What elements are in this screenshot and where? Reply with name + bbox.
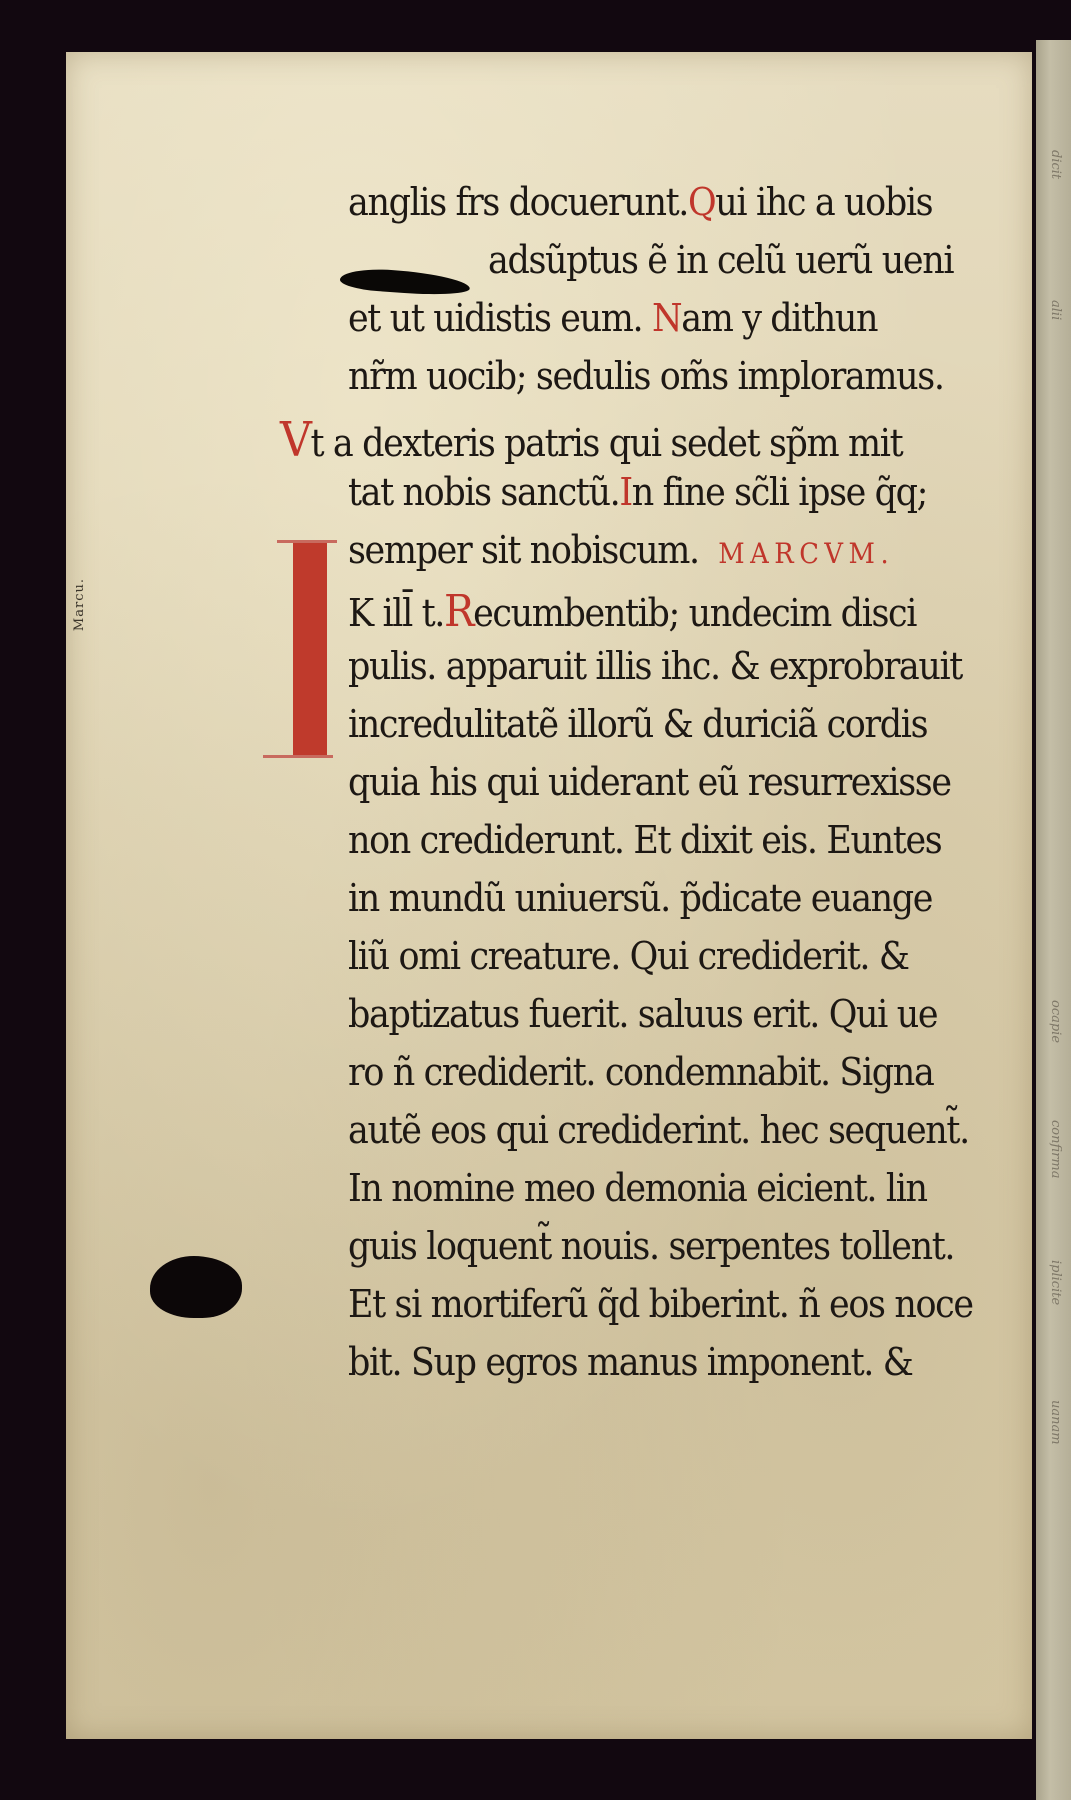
text-line: nr̃m uocib; sedulis om̃s imploramus. (348, 354, 944, 398)
text-line: semper sit nobiscum. MARCVM. (348, 528, 894, 572)
text-line: guis loquent̃ nouis. serpentes tollent. (348, 1224, 954, 1268)
text-line: autẽ eos qui crediderint. hec sequent̃. (348, 1108, 969, 1152)
margin-note: Marcu. (72, 578, 87, 631)
text-line: ro ñ crediderit. condemnabit. Signa (348, 1050, 933, 1094)
text-line: K ill̄ t.Recumbentib; undecim disci (348, 586, 916, 637)
text-line: tat nobis sanctũ.In fine sc̃li ipse q̃q… (348, 470, 927, 514)
text-line: Vt a dexteris patris qui sedet sp̃m mit (280, 412, 902, 468)
edge-text-fragment: alii (1040, 300, 1070, 320)
rubric-initial: Q (688, 180, 715, 224)
rubric-initial: V (280, 412, 311, 468)
text-line: incredulitatẽ illorũ & duriciã cordis (348, 702, 927, 746)
edge-text-fragment: ocapie (1040, 1000, 1070, 1043)
text-line: adsũptus ẽ in celũ uerũ ueni (488, 238, 953, 282)
rubric-initial: N (652, 296, 681, 340)
large-initial-I (293, 540, 327, 758)
heading-rubric: MARCVM. (718, 537, 894, 570)
text-line: Et si mortiferũ q̃d biberint. ñ eos no… (348, 1282, 973, 1326)
parchment-hole (150, 1256, 242, 1318)
text-line: non crediderunt. Et dixit eis. Euntes (348, 818, 941, 862)
text-line: liũ omi creature. Qui crediderit. & (348, 934, 909, 978)
rubric-initial: I (619, 470, 631, 514)
edge-text-fragment: uanam (1040, 1400, 1070, 1445)
text-line: quia his qui uiderant eũ resurrexisse (348, 760, 951, 804)
rubric-initial: R (444, 586, 473, 637)
text-line: bit. Sup egros manus imponent. & (348, 1340, 912, 1384)
text-line: in mundũ uniuersũ. p̃dicate euange (348, 876, 932, 920)
edge-text-fragment: confirma (1040, 1120, 1070, 1178)
text-line: et ut uidistis eum. Nam y dithun (348, 296, 877, 340)
text-line: anglis frs docuerunt.Qui ihc a uobis (348, 180, 932, 224)
edge-text-fragment: dicit (1040, 150, 1070, 179)
text-line: baptizatus fuerit. saluus erit. Qui ue (348, 992, 937, 1036)
text-line: pulis. apparuit illis ihc. & exprobrauit (348, 644, 962, 688)
text-line: In nomine meo demonia eicient. lin (348, 1166, 927, 1210)
edge-text-fragment: iplicite (1040, 1260, 1070, 1305)
